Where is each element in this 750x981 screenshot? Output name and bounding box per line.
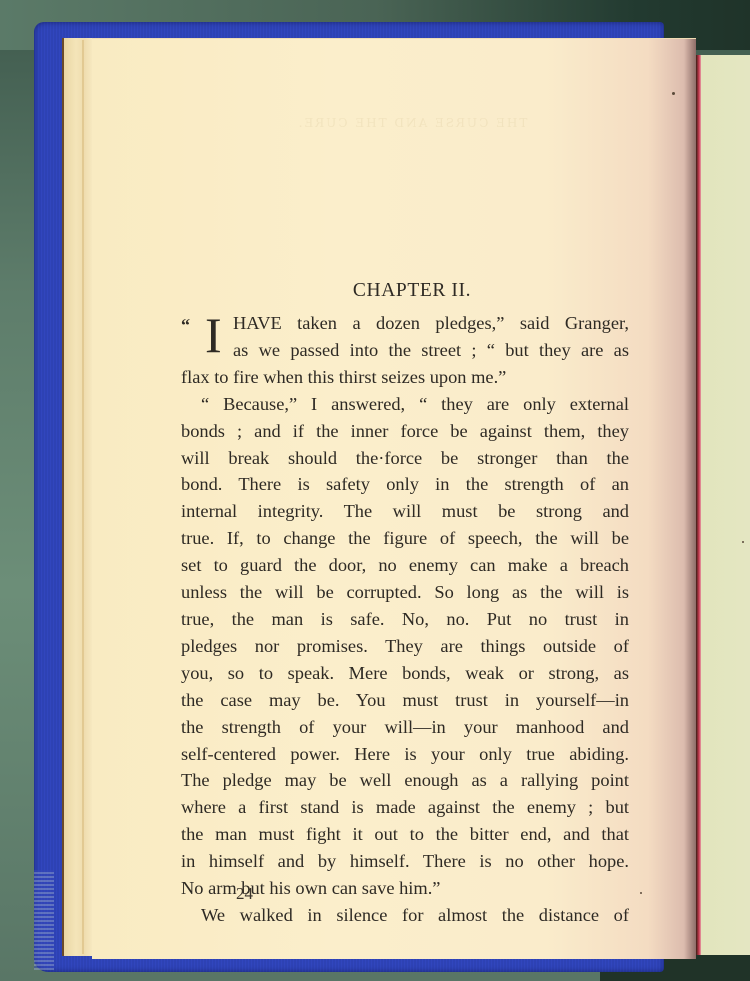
opening-quote: “ (181, 312, 190, 339)
text-line: flax to fire when this thirst seizes upo… (181, 364, 629, 391)
chapter-title: CHAPTER II. (195, 278, 629, 304)
text-line: unless the will be corrupted. So long as… (181, 579, 629, 606)
bleed-running-head: THE CURSE AND THE CURE. (182, 110, 642, 136)
paper-speck (672, 92, 675, 95)
facing-page-edge (696, 55, 701, 955)
paper-speck (742, 541, 744, 543)
text-line: We walked in silence for almost the dist… (181, 902, 629, 929)
text-line: The pledge may be well enough as a rally… (181, 767, 629, 794)
text-line: the man must fight it out to the bitter … (181, 821, 629, 848)
text-line: internal integrity. The will must be str… (181, 498, 629, 525)
text-line: will break should the·force be stronger … (181, 445, 629, 472)
text-line: in himself and by himself. There is no o… (181, 848, 629, 875)
frayed-cloth (34, 870, 54, 970)
paragraph-3: We walked in silence for almost the dist… (181, 902, 629, 929)
text-line: you, so to speak. Mere bonds, weak or st… (181, 660, 629, 687)
drop-cap: I (205, 310, 222, 360)
text-line: as we passed into the street ; “ but the… (181, 337, 629, 364)
text-line: the case may be. You must trust in yours… (181, 687, 629, 714)
text-line: where a first stand is made against the … (181, 794, 629, 821)
page-stack-line (82, 40, 84, 954)
text-line: pledges nor promises. They are things ou… (181, 633, 629, 660)
text-line: true, the man is safe. No, no. Put no tr… (181, 606, 629, 633)
text-line: bonds ; and if the inner force be agains… (181, 418, 629, 445)
text-line: “ Because,” I answered, “ they are only … (181, 391, 629, 418)
text-line: bond. There is safety only in the streng… (181, 471, 629, 498)
page-text: CHAPTER II. “ I HAVE taken a dozen pledg… (181, 278, 629, 929)
paragraph-1: “ I HAVE taken a dozen pledges,” said Gr… (181, 310, 629, 391)
paper-speck (640, 892, 642, 894)
bleed-through-text: THE CURSE AND THE CURE. (182, 110, 642, 154)
text-line: true. If, to change the figure of speech… (181, 525, 629, 552)
text-line: set to guard the door, no enemy can make… (181, 552, 629, 579)
text-line: HAVE taken a dozen pledges,” said Grange… (181, 310, 629, 337)
text-line: the strength of your will—in your manhoo… (181, 714, 629, 741)
text-line: self-centered power. Here is your only t… (181, 741, 629, 768)
facing-page (700, 55, 750, 955)
page-number: 24 (236, 884, 253, 904)
paragraph-2: “ Because,” I answered, “ they are only … (181, 391, 629, 902)
